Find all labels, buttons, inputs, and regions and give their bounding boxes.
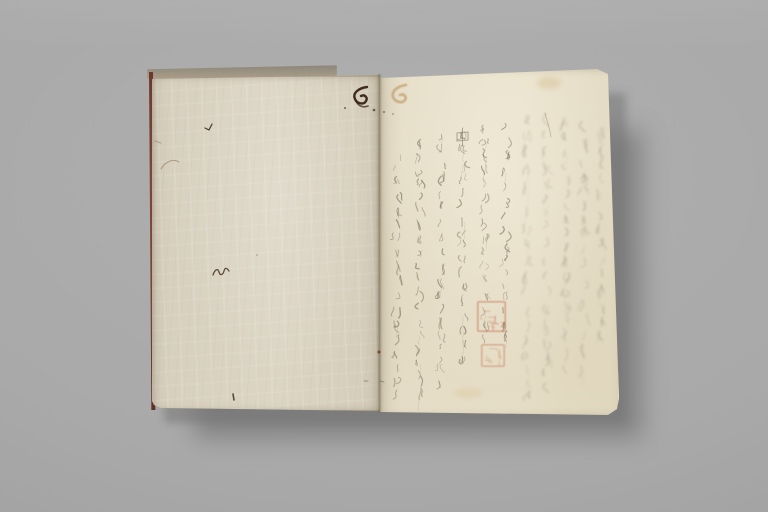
right-page-calligraphy	[380, 68, 620, 417]
left-page-blank	[152, 74, 380, 412]
book-gutter-crease	[377, 74, 382, 412]
photo-background	[0, 0, 768, 512]
